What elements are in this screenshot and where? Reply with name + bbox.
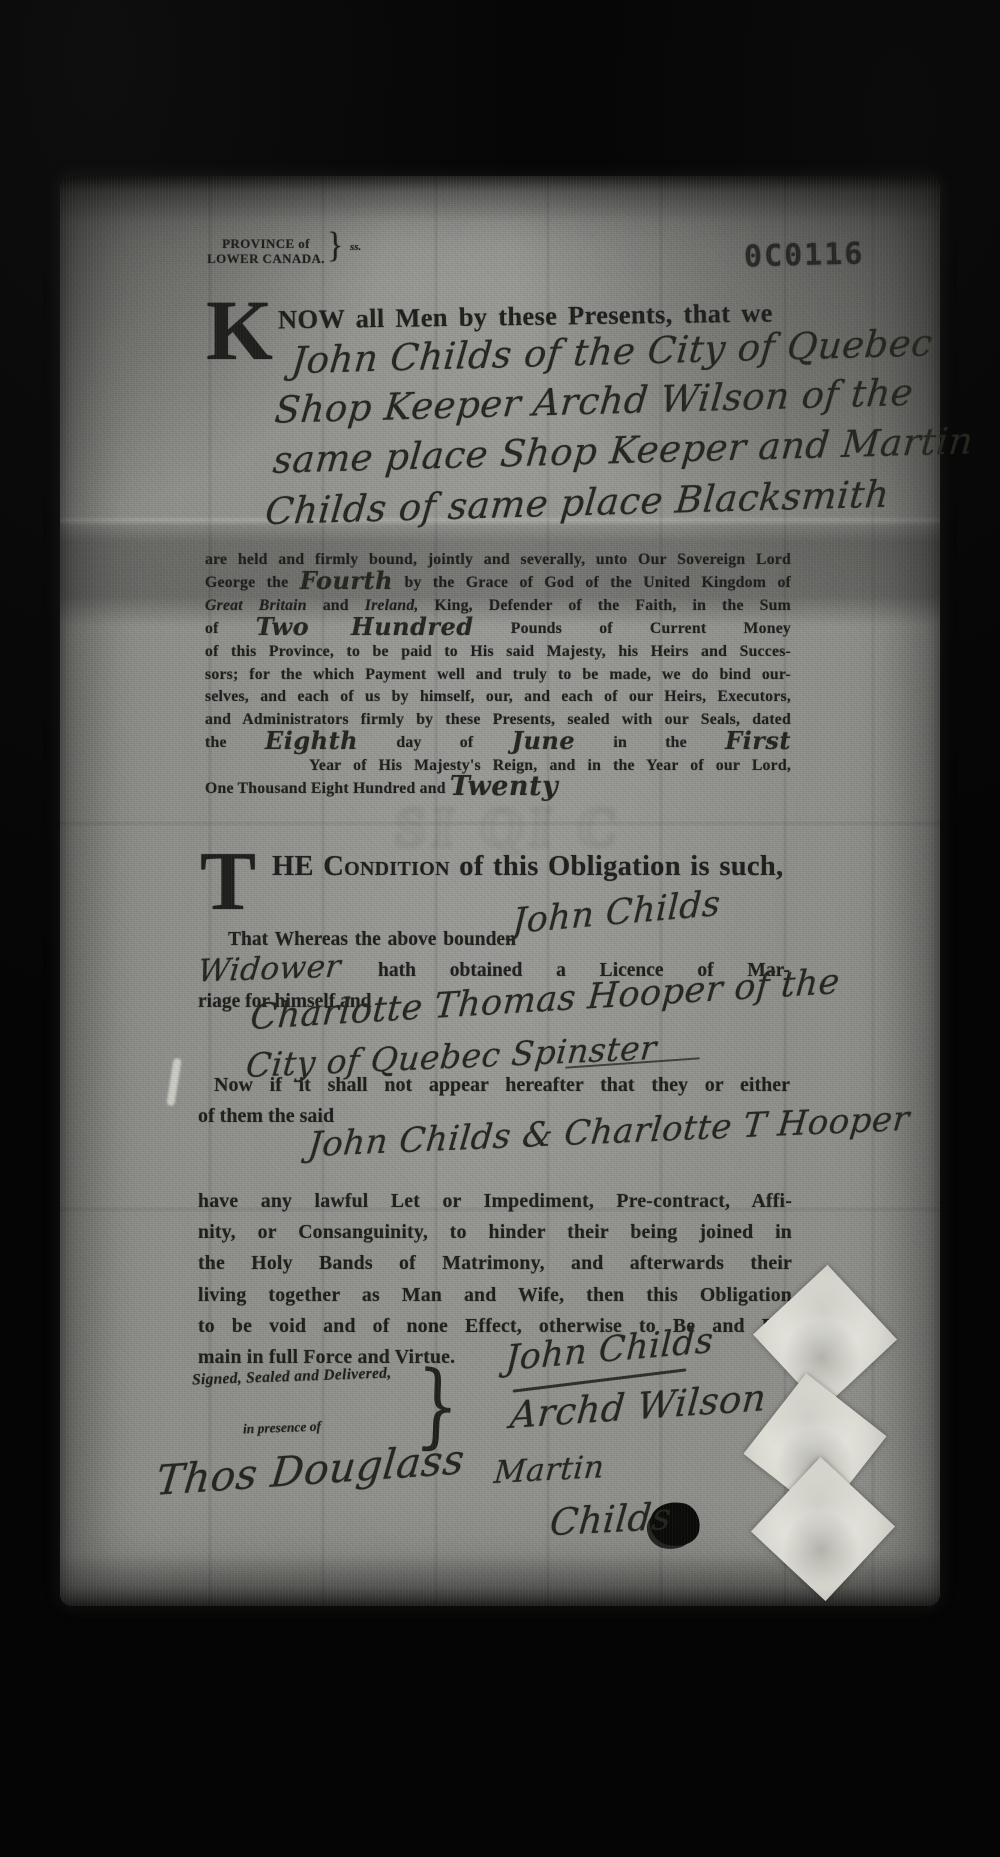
signature-childs: Childs <box>548 1495 673 1545</box>
handwritten-sum: Two Hundred <box>256 612 474 641</box>
closing-line: nity, or Consanguinity, to hinder their … <box>198 1217 792 1248</box>
handwritten-regnal-name: Fourth <box>300 566 393 595</box>
bond-text: by the Grace of God of the United Kingdo… <box>404 574 791 591</box>
closing-line: living together as Man and Wife, then th… <box>198 1280 792 1311</box>
condition-heading-he: HE <box>272 851 323 882</box>
bond-line: selves, and each of us by himself, our, … <box>205 686 791 709</box>
bond-obligation-paragraph: are held and firmly bound, jointly and s… <box>205 549 791 801</box>
serial-number-stamp: 0C0116 <box>744 236 865 274</box>
bond-line: of Two Hundred Pounds of Current Money <box>205 618 791 641</box>
province-line2: LOWER CANADA. <box>202 251 330 266</box>
header-brace: } <box>327 226 343 266</box>
bond-text: One Thousand Eight Hundred and <box>205 780 446 797</box>
closing-line: the Holy Bands of Matrimony, and afterwa… <box>198 1248 792 1279</box>
attestation-line2: in presence of <box>243 1419 322 1438</box>
province-heading: PROVINCE of LOWER CANADA. <box>202 236 330 266</box>
widower-handwritten: Widower <box>196 948 343 989</box>
bond-line: are held and firmly bound, jointly and s… <box>205 549 791 572</box>
bond-text: King, Defender of the Faith, in the Sum <box>435 597 791 614</box>
province-line1: PROVINCE of <box>202 236 330 251</box>
bond-text: day of <box>396 734 473 751</box>
bond-line: George the Fourth by the Grace of God of… <box>205 572 791 595</box>
signature-martin: Martin <box>492 1449 605 1491</box>
handwritten-month: June <box>512 726 576 755</box>
bond-text: of <box>205 620 219 637</box>
condition-heading-tail: of this Obligation is such, <box>450 851 784 882</box>
condition-heading-word: Condition <box>323 851 450 882</box>
dropcap-k: K <box>206 290 273 370</box>
bond-line: the Eighth day of June in the First <box>205 732 791 755</box>
bond-text: in the <box>613 734 686 751</box>
dropcap-t: T <box>200 843 256 921</box>
bond-text: George the <box>205 574 288 591</box>
whereas-line: That Whereas the above bounden <box>228 929 516 951</box>
now-if-line: Now if it shall not appear hereafter tha… <box>214 1074 790 1097</box>
closing-line: have any lawful Let or Impediment, Pre-c… <box>198 1186 792 1217</box>
ss-abbreviation: ss. <box>350 241 361 253</box>
bond-text: Pounds of Current Money <box>511 620 791 637</box>
microfilm-scan: PROVINCE of LOWER CANADA. } ss. 0C0116 K… <box>0 0 1000 1857</box>
bond-line: of this Province, to be paid to His said… <box>205 641 791 664</box>
handwritten-regnal-year: First <box>725 726 791 755</box>
bound-parties-handwritten: John Childs of the City of Quebec Shop K… <box>263 320 985 541</box>
bond-line: sors; for the which Payment well and tru… <box>205 664 791 687</box>
bond-text: the <box>205 734 227 751</box>
handwritten-day: Eighth <box>265 726 358 755</box>
condition-heading: HE Condition of this Obligation is such, <box>272 851 783 883</box>
